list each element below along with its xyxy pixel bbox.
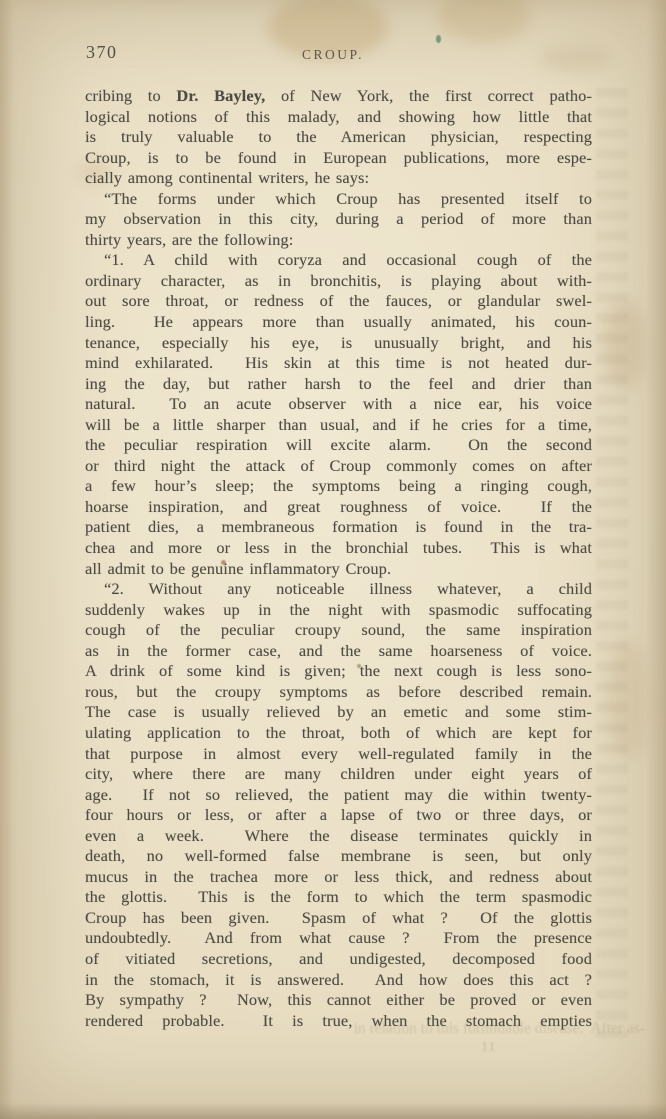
text-line: The case is usually relieved by an emeti… — [85, 702, 592, 723]
text-line: Croup has been given. Spasm of what ? Of… — [85, 908, 592, 929]
text-line: my observation in this city, during a pe… — [85, 209, 592, 230]
text-line: the peculiar respiration will excite ala… — [85, 435, 592, 456]
text-line: cially among continental writers, he say… — [85, 168, 592, 189]
running-title: CROUP. — [0, 47, 666, 63]
text-line: thirty years, are the following: — [85, 230, 592, 251]
text-line: logical notions of this malady, and show… — [85, 107, 592, 128]
text-line: that purpose in almost every well-regula… — [85, 744, 592, 765]
text-line: will be a little sharper than usual, and… — [85, 415, 592, 436]
text-line: Croup, is to be found in European public… — [85, 148, 592, 169]
verso-showthrough-band — [596, 88, 628, 1038]
text-line: patient dies, a membraneous formation is… — [85, 517, 592, 538]
text-line: city, where there are many children unde… — [85, 764, 592, 785]
text-line: A drink of some kind is given; the next … — [85, 661, 592, 682]
text-line: is truly valuable to the American physic… — [85, 127, 592, 148]
scan-edge-shadow — [646, 0, 666, 1119]
text-line: the glottis. This is the form to which t… — [85, 887, 592, 908]
text-line: tenance, especially his eye, is unusuall… — [85, 333, 592, 354]
text-line: “2. Without any noticeable illness whate… — [85, 579, 592, 600]
showthrough-signature-mark: 11 — [481, 1040, 496, 1056]
text-line: as in the former case, and the same hoar… — [85, 641, 592, 662]
emphasized-name: Dr. Bayley, — [176, 86, 265, 105]
scan-edge-shadow — [0, 0, 14, 1119]
text-line: rendered probable. It is true, when the … — [85, 1011, 592, 1032]
text-line: mind exhilarated. His skin at this time … — [85, 353, 592, 374]
paper-stain — [608, 640, 648, 760]
text-line: death, no well-formed false membrane is … — [85, 846, 592, 867]
text-fragment: cribing to — [85, 86, 176, 105]
text-line: suddenly wakes up in the night with spas… — [85, 600, 592, 621]
text-line: ordinary character, as in bronchitis, is… — [85, 271, 592, 292]
text-line: four hours or less, or after a lapse of … — [85, 805, 592, 826]
text-line: rous, but the croupy symptoms as before … — [85, 682, 592, 703]
text-line: ing the day, but rather harsh to the fee… — [85, 374, 592, 395]
text-line: cough of the peculiar croupy sound, the … — [85, 620, 592, 641]
text-line: “The forms under which Croup has present… — [85, 189, 592, 210]
text-line: of vitiated secretions, and undigested, … — [85, 949, 592, 970]
text-line: By sympathy ? Now, this cannot either be… — [85, 990, 592, 1011]
page-text-block: cribing to Dr. Bayley, of New York, the … — [85, 86, 592, 1031]
text-line: out sore throat, or redness of the fauce… — [85, 291, 592, 312]
text-line: “1. A child with coryza and occasional c… — [85, 250, 592, 271]
text-line: or third night the attack of Croup commo… — [85, 456, 592, 477]
ink-speck — [436, 35, 441, 43]
text-line: undoubtedly. And from what cause ? From … — [85, 928, 592, 949]
scanned-book-page: 370 CROUP. cribing to Dr. Bayley, of New… — [0, 0, 666, 1119]
text-line: cribing to Dr. Bayley, of New York, the … — [85, 86, 592, 107]
text-line: ling. He appears more than usually anima… — [85, 312, 592, 333]
text-line: age. If not so relieved, the patient may… — [85, 785, 592, 806]
text-line: hoarse inspiration, and great roughness … — [85, 497, 592, 518]
text-line: all admit to be genuine inflammatory Cro… — [85, 559, 592, 580]
text-line: natural. To an acute observer with a nic… — [85, 394, 592, 415]
text-fragment: of New York, the first correct patho- — [265, 86, 592, 105]
text-line: even a week. Where the disease terminate… — [85, 826, 592, 847]
paper-stain — [604, 300, 646, 390]
scan-edge-shadow — [0, 1103, 666, 1119]
text-line: chea and more or less in the bronchial t… — [85, 538, 592, 559]
paper-stain — [438, 0, 530, 42]
text-line: ulating application to the throat, both … — [85, 723, 592, 744]
text-line: in the stomach, it is answered. And how … — [85, 970, 592, 991]
text-line: a few hour’s sleep; the symptoms being a… — [85, 476, 592, 497]
text-line: mucus in the trachea more or less thick,… — [85, 867, 592, 888]
